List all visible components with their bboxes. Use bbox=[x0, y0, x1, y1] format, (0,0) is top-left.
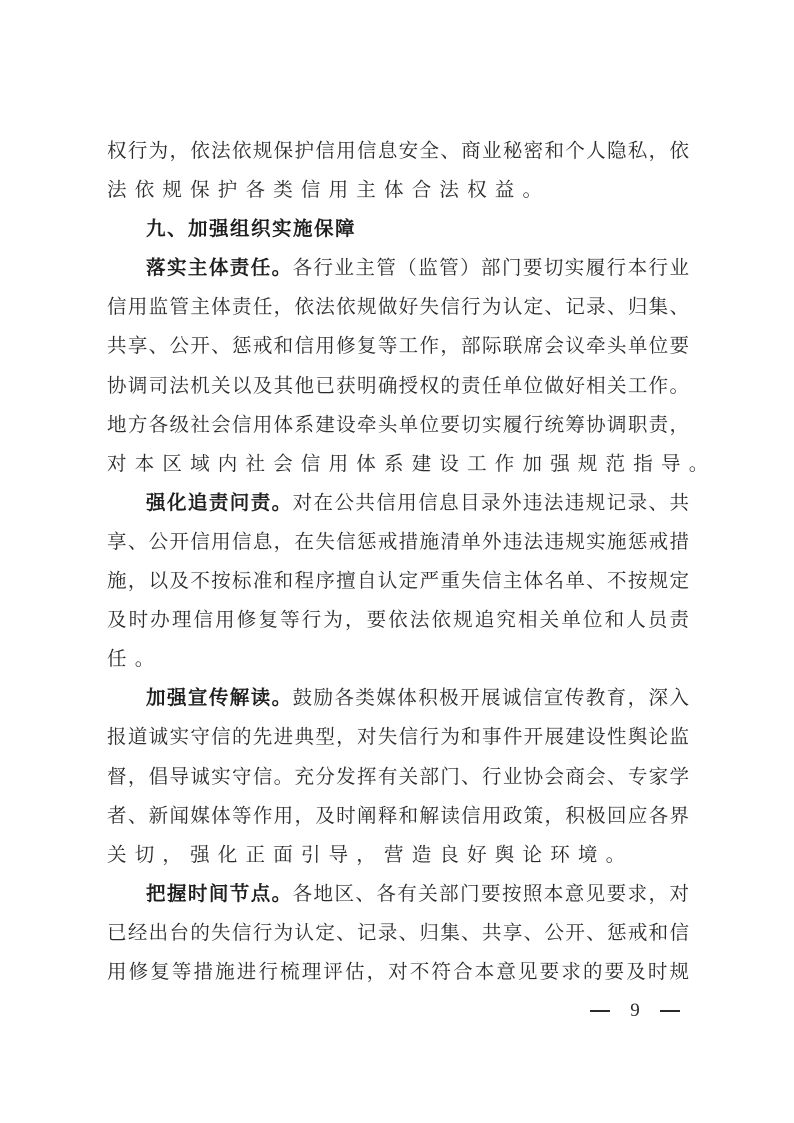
paragraph-text: 各地区、各有关部门要按照本意见要求，对 bbox=[293, 882, 689, 905]
text-line: 权行为，依法依规保护信用信息安全、商业秘密和个人隐私，依 bbox=[107, 131, 689, 170]
text-line: 报道诚实守信的先进典型，对失信行为和事件开展建设性舆论监 bbox=[107, 717, 689, 756]
paragraph-text: 鼓励各类媒体积极开展诚信宣传教育，深入 bbox=[293, 686, 689, 709]
text-line: 享、公开信用信息，在失信惩戒措施清单外违法违规实施惩戒措 bbox=[107, 522, 689, 561]
text-line: 用修复等措施进行梳理评估，对不符合本意见要求的要及时规 bbox=[107, 952, 689, 991]
paragraph-lead: 落实主体责任。 bbox=[146, 256, 293, 279]
document-body: 权行为，依法依规保护信用信息安全、商业秘密和个人隐私，依 法依规保护各类信用主体… bbox=[107, 131, 689, 991]
text-line: 地方各级社会信用体系建设牵头单位要切实履行统筹协调职责， bbox=[107, 405, 689, 444]
paragraph-text: 各行业主管（监管）部门要切实履行本行业 bbox=[293, 256, 689, 279]
text-line: 关切，强化正面引导，营造良好舆论环境。 bbox=[107, 835, 689, 874]
paragraph-text: 对在公共信用信息目录外违法违规记录、共 bbox=[293, 491, 689, 514]
dash-right-icon bbox=[660, 1010, 680, 1012]
text-line: 已经出台的失信行为认定、记录、归集、共享、公开、惩戒和信 bbox=[107, 913, 689, 952]
text-line: 信用监管主体责任，依法依规做好失信行为认定、记录、归集、 bbox=[107, 287, 689, 326]
text-line: 协调司法机关以及其他已获明确授权的责任单位做好相关工作。 bbox=[107, 366, 689, 405]
text-line: 者、新闻媒体等作用，及时阐释和解读信用政策，积极回应各界 bbox=[107, 796, 689, 835]
paragraph-lead: 加强宣传解读。 bbox=[146, 686, 293, 709]
text-line: 督，倡导诚实守信。充分发挥有关部门、行业协会商会、专家学 bbox=[107, 757, 689, 796]
text-line: 对本区域内社会信用体系建设工作加强规范指导。 bbox=[107, 444, 689, 483]
paragraph-first-line: 落实主体责任。各行业主管（监管）部门要切实履行本行业 bbox=[107, 248, 689, 287]
text-line: 及时办理信用修复等行为，要依法依规追究相关单位和人员责 bbox=[107, 600, 689, 639]
text-line: 任。 bbox=[107, 639, 689, 678]
paragraph-lead: 把握时间节点。 bbox=[146, 882, 293, 905]
paragraph-lead: 强化追责问责。 bbox=[146, 491, 293, 514]
page-number-footer: 9 bbox=[590, 998, 680, 1024]
section-heading: 九、加强组织实施保障 bbox=[107, 209, 689, 248]
document-page: 权行为，依法依规保护信用信息安全、商业秘密和个人隐私，依 法依规保护各类信用主体… bbox=[0, 0, 794, 1123]
page-number: 9 bbox=[630, 1000, 640, 1022]
dash-left-icon bbox=[590, 1010, 610, 1012]
paragraph-first-line: 把握时间节点。各地区、各有关部门要按照本意见要求，对 bbox=[107, 874, 689, 913]
text-line: 法依规保护各类信用主体合法权益。 bbox=[107, 170, 689, 209]
paragraph-first-line: 强化追责问责。对在公共信用信息目录外违法违规记录、共 bbox=[107, 483, 689, 522]
text-line: 施，以及不按标准和程序擅自认定严重失信主体名单、不按规定 bbox=[107, 561, 689, 600]
paragraph-first-line: 加强宣传解读。鼓励各类媒体积极开展诚信宣传教育，深入 bbox=[107, 678, 689, 717]
text-line: 共享、公开、惩戒和信用修复等工作，部际联席会议牵头单位要 bbox=[107, 326, 689, 365]
